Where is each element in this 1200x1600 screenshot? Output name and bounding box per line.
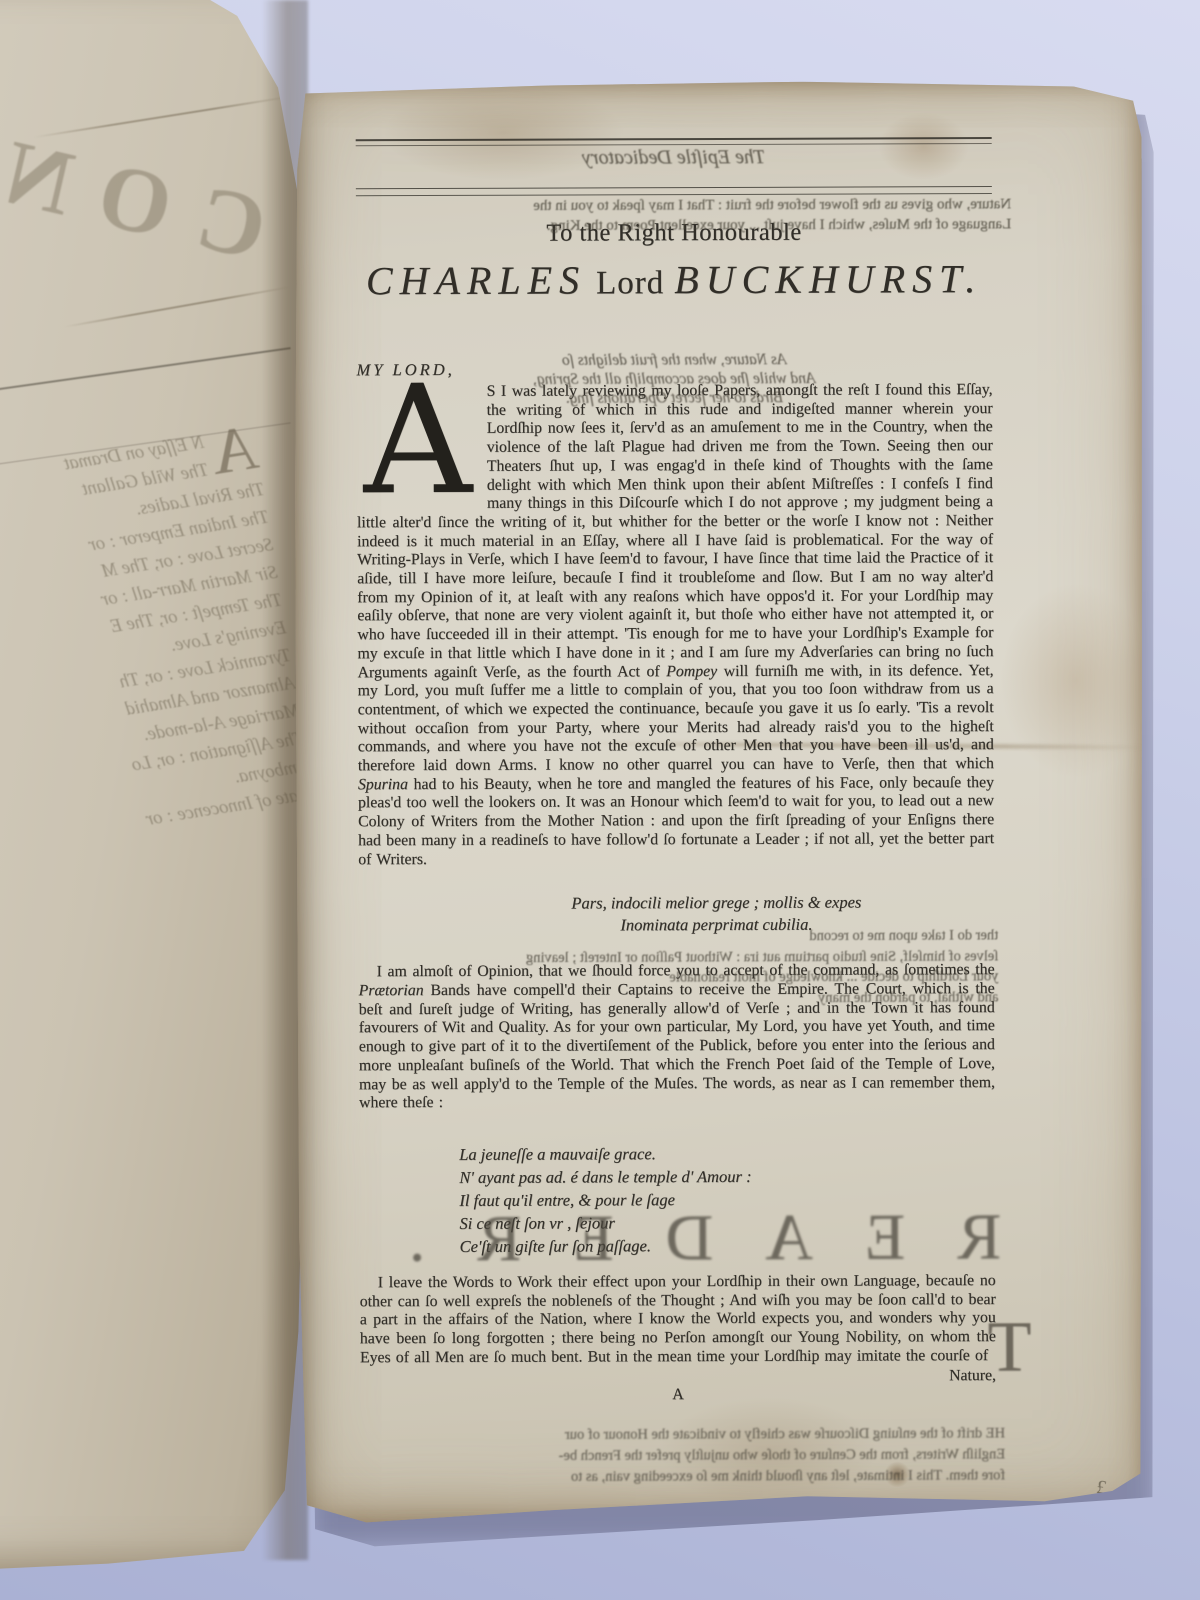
showthrough-line: ſelves of himſelf, Sine ſtudio partium a… bbox=[509, 946, 999, 968]
showthrough-line: As Nature, when the fruit delights ſo bbox=[356, 349, 992, 370]
showthrough-t-dropcap: T bbox=[988, 1305, 1032, 1388]
title-lord: Lord bbox=[590, 265, 670, 301]
signature-mark: A bbox=[360, 1385, 996, 1405]
showthrough-line: Language of the Muſes, which I have juſt… bbox=[350, 214, 1012, 236]
french-quote-line: N' ayant pas ad. é dans le temple d' Amo… bbox=[459, 1164, 995, 1189]
french-quote-line: La jeuneſſe a mauvaiſe grace. bbox=[459, 1141, 995, 1166]
showthrough-line: Nature, who gives us the flower before t… bbox=[350, 195, 1012, 217]
showthrough-line: and withal, to pardon the many bbox=[509, 987, 999, 1009]
main-page: £ The Epiſtle Dedicatory Nature, who giv… bbox=[293, 81, 1146, 1526]
showthrough-contents-title: CON bbox=[0, 113, 276, 282]
showthrough-reader-word: READER. bbox=[329, 1199, 1029, 1277]
dedication-title: CHARLES Lord BUCKHURST. bbox=[356, 255, 992, 304]
showthrough-running-head: The Epiſtle Dedicatory bbox=[356, 145, 992, 170]
paragraph-3: I leave the Words to Work their effect u… bbox=[360, 1272, 996, 1368]
showthrough-bottom: HE drift of the enſuing Diſcourſe was ch… bbox=[350, 1423, 1005, 1488]
contents-rule bbox=[0, 347, 291, 391]
latin-quote-line: Pars, indocili melior grege ; mollis & e… bbox=[438, 891, 994, 915]
showthrough-verse: As Nature, when the fruit delights ſoAnd… bbox=[356, 349, 992, 408]
showthrough-intro: Nature, who gives us the flower before t… bbox=[350, 195, 1012, 236]
showthrough-line: And while ſhe does accompliſh all the Sp… bbox=[356, 368, 992, 389]
title-charles: CHARLES bbox=[366, 257, 586, 303]
title-buckhurst: BUCKHURST. bbox=[674, 256, 982, 302]
showthrough-line: your Lordſhip to decide ... knowledge of… bbox=[509, 966, 999, 988]
showthrough-latin-area: ther do I take upon me to recondſelves o… bbox=[508, 925, 998, 1009]
showthrough-line: fore them. This I intimate, leſt any ſho… bbox=[350, 1465, 1005, 1488]
paragraph-1: AS I was lately reviewing my looſe Paper… bbox=[357, 381, 995, 869]
book-photo: CON A N Eſſay on DramatThe Wild GallantT… bbox=[0, 0, 1200, 1600]
showthrough-line: Engliſh Writers, from the Cenſure of tho… bbox=[350, 1444, 1005, 1467]
showthrough-line: ther do I take upon me to recond bbox=[508, 925, 998, 947]
scratch-mark bbox=[64, 286, 291, 328]
showthrough-line: Birds to her ſecret Operations ſing. bbox=[357, 387, 993, 408]
showthrough-line: HE drift of the enſuing Diſcourſe was ch… bbox=[350, 1423, 1005, 1446]
showthrough-dropcap-a: A bbox=[202, 421, 262, 481]
page-content: The Epiſtle Dedicatory Nature, who gives… bbox=[356, 137, 996, 1406]
catchword: Nature, bbox=[360, 1367, 996, 1387]
